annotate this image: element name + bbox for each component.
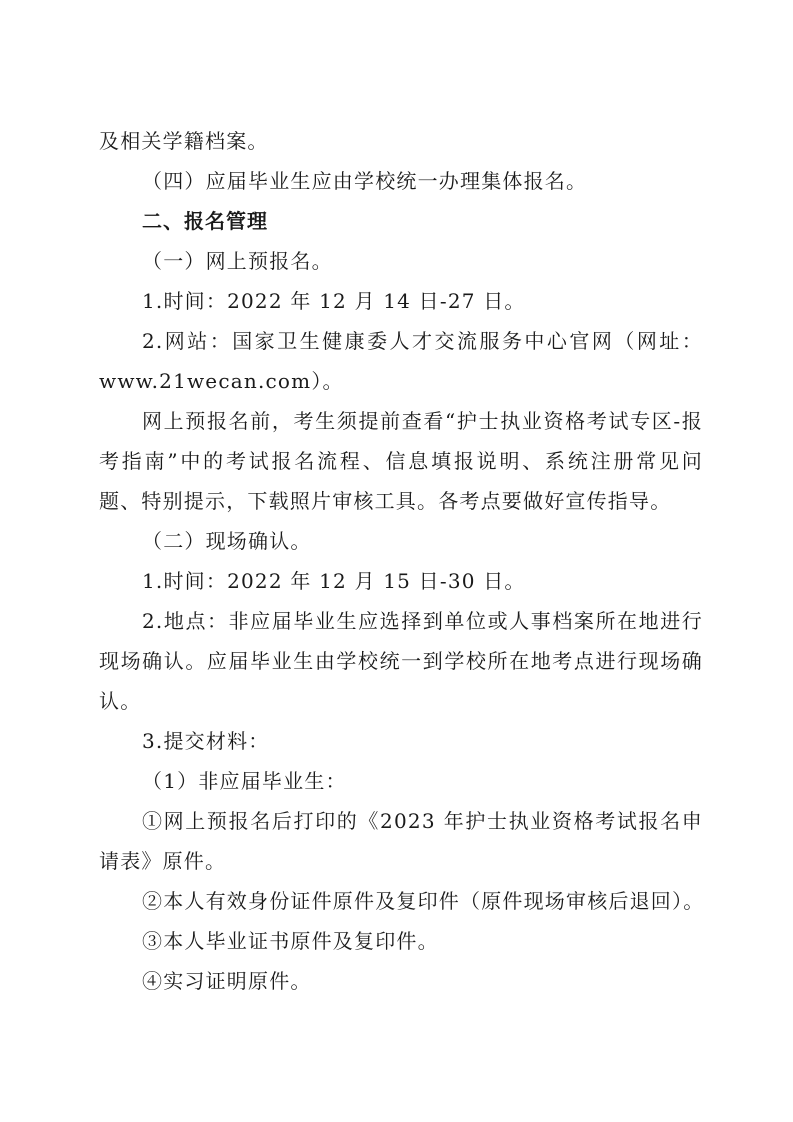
material-item-4: ④实习证明原件。	[99, 961, 703, 1001]
item-fourth-graduates: （四）应届毕业生应由学校统一办理集体报名。	[99, 161, 703, 201]
subsection-onsite-confirmation: （二）现场确认。	[99, 521, 703, 561]
item-online-time: 1.时间：2022 年 12 月 14 日-27 日。	[99, 281, 703, 321]
material-item-1: ①网上预报名后打印的《2023 年护士执业资格考试报名申请表》原件。	[99, 801, 703, 881]
paragraph-preregistration-guide: 网上预报名前，考生须提前查看“护士执业资格考试专区-报考指南”中的考试报名流程、…	[99, 401, 703, 521]
item-non-graduates: （1）非应届毕业生：	[99, 761, 703, 801]
item-submit-materials: 3.提交材料：	[99, 721, 703, 761]
subsection-online-preregistration: （一）网上预报名。	[99, 241, 703, 281]
text-line-continuation: 及相关学籍档案。	[99, 121, 703, 161]
material-item-3: ③本人毕业证书原件及复印件。	[99, 921, 703, 961]
paragraph-website: 2.网站：国家卫生健康委人才交流服务中心官网（网址：www.21wecan.co…	[99, 321, 703, 401]
section-heading-registration-management: 二、报名管理	[99, 201, 703, 241]
item-onsite-time: 1.时间：2022 年 12 月 15 日-30 日。	[99, 561, 703, 601]
material-item-2: ②本人有效身份证件原件及复印件（原件现场审核后退回）。	[99, 881, 703, 921]
paragraph-location: 2.地点：非应届毕业生应选择到单位或人事档案所在地进行现场确认。应届毕业生由学校…	[99, 601, 703, 721]
document-page: 及相关学籍档案。 （四）应届毕业生应由学校统一办理集体报名。 二、报名管理 （一…	[99, 121, 703, 1001]
